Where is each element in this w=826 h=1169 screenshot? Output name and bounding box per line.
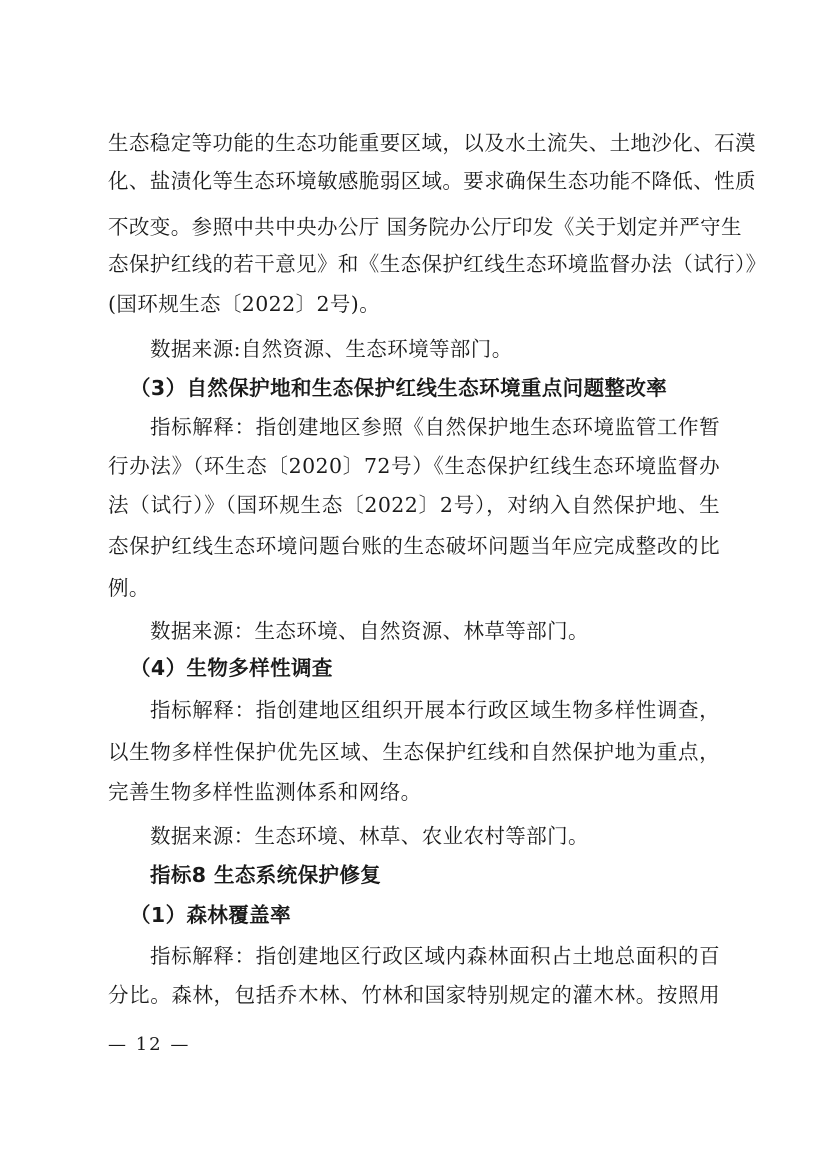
indicator-explanation-line: 指标解释：指创建地区组织开展本行政区域生物多样性调查， — [150, 697, 720, 723]
paragraph-line: 以生物多样性保护优先区域、生态保护红线和自然保护地为重点， — [108, 739, 720, 765]
paragraph-line: 生态稳定等功能的生态功能重要区域，以及水土流失、土地沙化、石漠 — [108, 130, 720, 156]
paragraph-line: 分比。森林，包括乔木林、竹林和国家特别规定的灌木林。按照用 — [108, 982, 720, 1008]
paragraph-line: 完善生物多样性监测体系和网络。 — [108, 779, 720, 805]
paragraph-line: 态保护红线生态环境问题台账的生态破坏问题当年应完成整改的比 — [108, 533, 720, 559]
paragraph-line: 法（试行）》（国环规生态〔2022〕2号），对纳入自然保护地、生 — [108, 492, 720, 518]
page-number: — 12 — — [108, 1034, 190, 1055]
data-source-line: 数据来源:自然资源、生态环境等部门。 — [150, 336, 720, 362]
document-page: 生态稳定等功能的生态功能重要区域，以及水土流失、土地沙化、石漠 化、盐渍化等生态… — [0, 0, 826, 1169]
paragraph-line: 化、盐渍化等生态环境敏感脆弱区域。要求确保生态功能不降低、性质 — [108, 168, 720, 194]
section-heading-3: （3）自然保护地和生态保护红线生态环境重点问题整改率 — [130, 375, 742, 401]
paragraph-line: 行办法》（环生态〔2020〕72号）《生态保护红线生态环境监督办 — [108, 453, 720, 479]
data-source-line: 数据来源：生态环境、自然资源、林草等部门。 — [150, 618, 720, 644]
paragraph-line: 态保护红线的若干意见》和《生态保护红线生态环境监督办法（试行）》 — [108, 251, 720, 277]
section-heading-4: （4）生物多样性调查 — [130, 655, 742, 681]
data-source-line: 数据来源：生态环境、林草、农业农村等部门。 — [150, 823, 720, 849]
indicator-explanation-line: 指标解释：指创建地区行政区域内森林面积占土地总面积的百 — [150, 943, 720, 969]
section-heading-1: （1）森林覆盖率 — [130, 902, 742, 928]
paragraph-line: (国环规生态〔2022〕2号)。 — [108, 291, 720, 317]
paragraph-line: 例。 — [108, 575, 720, 601]
indicator-8-heading: 指标8 生态系统保护修复 — [150, 862, 762, 888]
indicator-explanation-line: 指标解释：指创建地区参照《自然保护地生态环境监管工作暂 — [150, 414, 720, 440]
paragraph-line: 不改变。参照中共中央办公厅 国务院办公厅印发《关于划定并严守生 — [108, 214, 720, 240]
